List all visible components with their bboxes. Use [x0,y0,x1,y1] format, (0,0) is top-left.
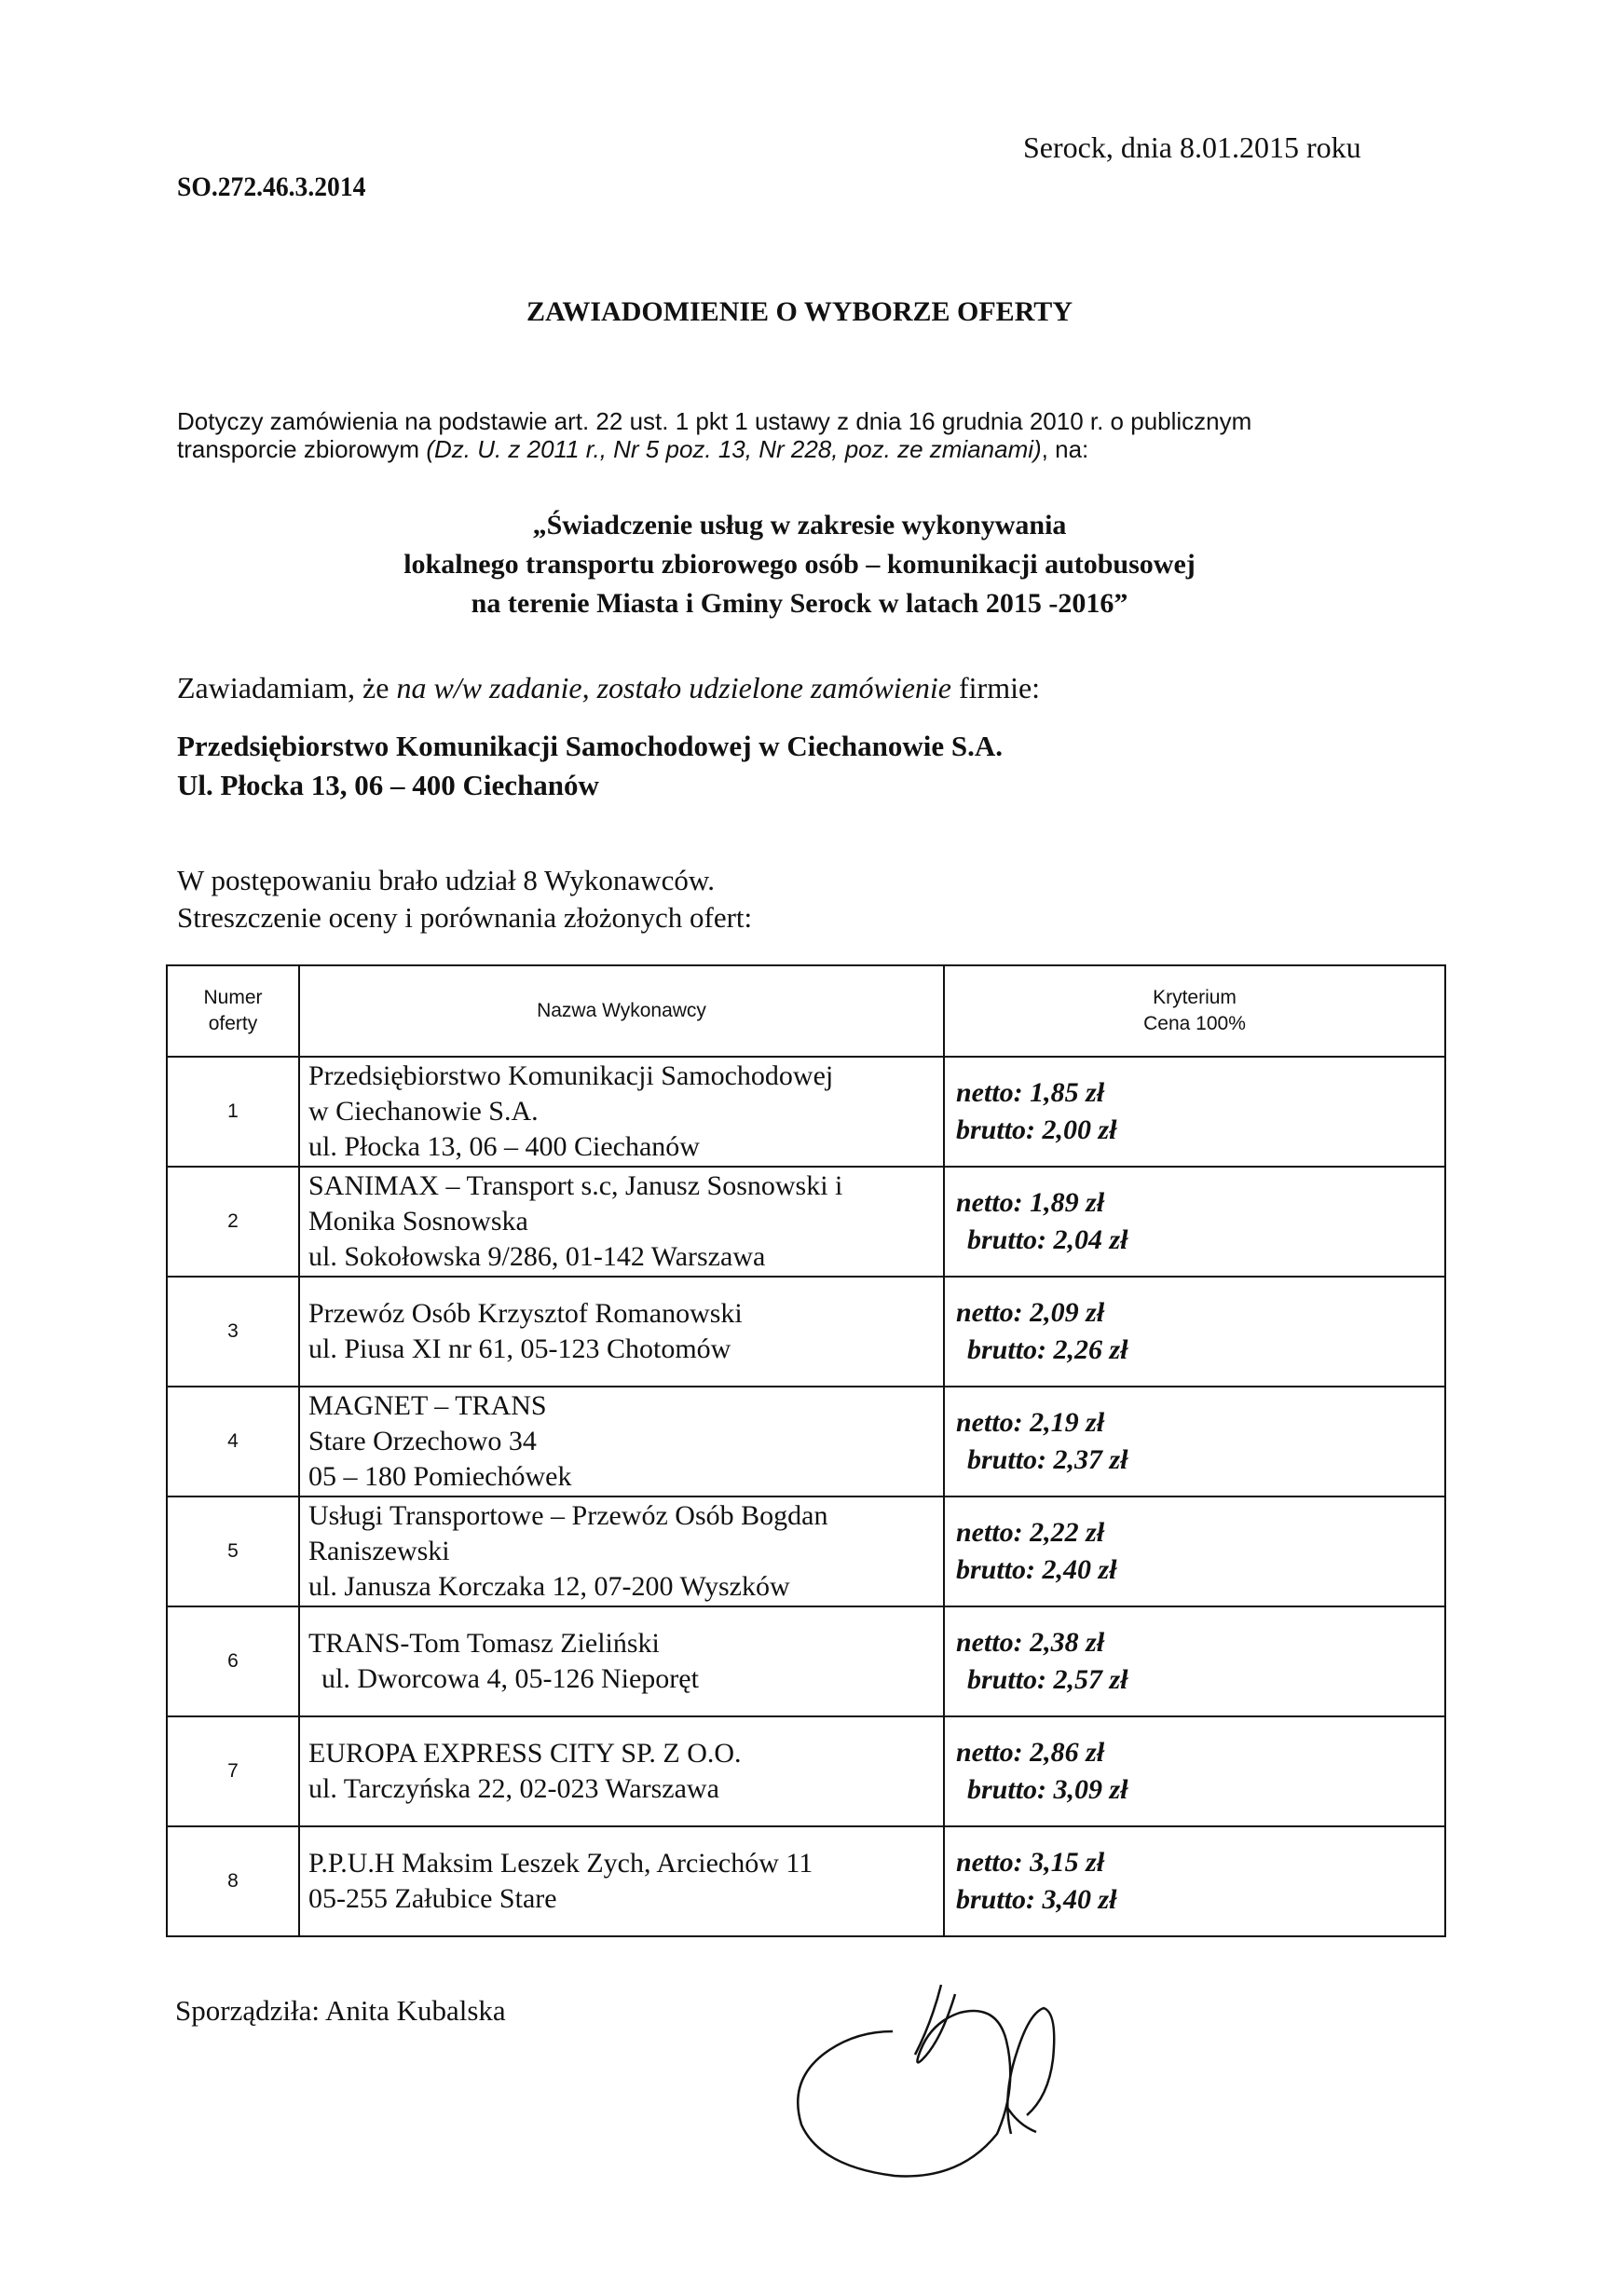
contractor-line: 05-255 Załubice Stare [308,1881,943,1917]
header-number-line-1: Numer [168,985,298,1011]
gross-price: brutto: 2,00 zł [956,1112,1444,1149]
offer-number: 7 [167,1716,299,1826]
offer-number: 5 [167,1496,299,1606]
contractor-line: Przedsiębiorstwo Komunikacji Samochodowe… [308,1059,943,1094]
legal-citation: (Dz. U. z 2011 r., Nr 5 poz. 13, Nr 228,… [426,435,1041,463]
contractor-line: ul. Sokołowska 9/286, 01-142 Warszawa [308,1239,943,1275]
gross-price: brutto: 2,40 zł [956,1551,1444,1589]
header-offer-number: Numer oferty [167,965,299,1057]
contractor-name: P.P.U.H Maksim Leszek Zych, Arciechów 11… [299,1826,944,1936]
signature-image [773,1966,1127,2190]
contractor-line: 05 – 180 Pomiechówek [308,1459,943,1495]
contractor-line: Usługi Transportowe – Przewóz Osób Bogda… [308,1498,943,1534]
header-criterion-line-2: Cena 100% [945,1011,1444,1037]
net-price: netto: 1,85 zł [956,1074,1444,1112]
intro-paragraph: Dotyczy zamówienia na podstawie art. 22 … [177,407,1426,463]
offer-number: 8 [167,1826,299,1936]
offer-number: 1 [167,1057,299,1167]
winning-company: Przedsiębiorstwo Komunikacji Samochodowe… [177,727,1003,805]
offers-table: Numer oferty Nazwa Wykonawcy Kryterium C… [166,964,1446,1937]
table-row: 7EUROPA EXPRESS CITY SP. Z O.O.ul. Tarcz… [167,1716,1445,1826]
price-cell: netto: 1,85 złbrutto: 2,00 zł [944,1057,1445,1167]
subject-line-1: „Świadczenie usług w zakresie wykonywani… [0,506,1599,545]
price-cell: netto: 1,89 złbrutto: 2,04 zł [944,1167,1445,1277]
net-price: netto: 3,15 zł [956,1844,1444,1881]
summary-intro: Streszczenie oceny i porównania złożonyc… [177,899,752,936]
offer-number: 6 [167,1606,299,1716]
contractor-name: EUROPA EXPRESS CITY SP. Z O.O.ul. Tarczy… [299,1716,944,1826]
contractor-name: TRANS-Tom Tomasz Zielińskiul. Dworcowa 4… [299,1606,944,1716]
offer-number: 4 [167,1387,299,1496]
contractor-name: Usługi Transportowe – Przewóz Osób Bogda… [299,1496,944,1606]
intro-line-1: Dotyczy zamówienia na podstawie art. 22 … [177,407,1426,435]
gross-price: brutto: 2,04 zł [956,1222,1444,1259]
subject-line-3: na terenie Miasta i Gminy Serock w latac… [0,584,1599,623]
contractor-line: Przewóz Osób Krzysztof Romanowski [308,1296,943,1332]
header-contractor-name: Nazwa Wykonawcy [299,965,944,1057]
contractor-line: ul. Janusza Korczaka 12, 07-200 Wyszków [308,1569,943,1605]
contractor-line: Stare Orzechowo 34 [308,1424,943,1459]
contractor-line: ul. Płocka 13, 06 – 400 Ciechanów [308,1129,943,1165]
table-header-row: Numer oferty Nazwa Wykonawcy Kryterium C… [167,965,1445,1057]
intro-line-2: transporcie zbiorowym (Dz. U. z 2011 r.,… [177,435,1426,463]
document-title: ZAWIADOMIENIE O WYBORZE OFERTY [0,296,1599,328]
award-notice: Zawiadamiam, że na w/w zadanie, zostało … [177,671,1040,705]
price-cell: netto: 2,86 złbrutto: 3,09 zł [944,1716,1445,1826]
notice-start: Zawiadamiam, że [177,671,396,704]
contractor-line: P.P.U.H Maksim Leszek Zych, Arciechów 11 [308,1846,943,1881]
prepared-by: Sporządziła: Anita Kubalska [175,1994,506,2028]
participants-summary: W postępowaniu brało udział 8 Wykonawców… [177,862,752,936]
net-price: netto: 2,86 zł [956,1734,1444,1771]
price-cell: netto: 2,38 złbrutto: 2,57 zł [944,1606,1445,1716]
table-row: 6TRANS-Tom Tomasz Zielińskiul. Dworcowa … [167,1606,1445,1716]
net-price: netto: 1,89 zł [956,1184,1444,1222]
header-number-line-2: oferty [168,1011,298,1037]
table-row: 1Przedsiębiorstwo Komunikacji Samochodow… [167,1057,1445,1167]
price-cell: netto: 3,15 złbrutto: 3,40 zł [944,1826,1445,1936]
participants-count: W postępowaniu brało udział 8 Wykonawców… [177,862,752,899]
winner-name: Przedsiębiorstwo Komunikacji Samochodowe… [177,727,1003,766]
contract-subject: „Świadczenie usług w zakresie wykonywani… [0,506,1599,623]
header-criterion: Kryterium Cena 100% [944,965,1445,1057]
table-row: 3Przewóz Osób Krzysztof Romanowskiul. Pi… [167,1277,1445,1387]
contractor-line: EUROPA EXPRESS CITY SP. Z O.O. [308,1736,943,1771]
offer-number: 2 [167,1167,299,1277]
intro-line-2-tail: , na: [1042,435,1089,463]
price-cell: netto: 2,09 złbrutto: 2,26 zł [944,1277,1445,1387]
contractor-line: ul. Dworcowa 4, 05-126 Nieporęt [308,1661,943,1697]
price-cell: netto: 2,19 złbrutto: 2,37 zł [944,1387,1445,1496]
notice-italic: na w/w zadanie, zostało udzielone zamówi… [396,671,951,704]
table-row: 8P.P.U.H Maksim Leszek Zych, Arciechów 1… [167,1826,1445,1936]
gross-price: brutto: 3,40 zł [956,1881,1444,1919]
net-price: netto: 2,38 zł [956,1624,1444,1661]
gross-price: brutto: 2,37 zł [956,1442,1444,1479]
table-row: 4MAGNET – TRANSStare Orzechowo 3405 – 18… [167,1387,1445,1496]
contractor-name: Przedsiębiorstwo Komunikacji Samochodowe… [299,1057,944,1167]
place-date: Serock, dnia 8.01.2015 roku [1023,130,1361,165]
contractor-line: Raniszewski [308,1534,943,1569]
contractor-name: Przewóz Osób Krzysztof Romanowskiul. Piu… [299,1277,944,1387]
table-row: 2SANIMAX – Transport s.c, Janusz Sosnows… [167,1167,1445,1277]
notice-end: firmie: [951,671,1040,704]
gross-price: brutto: 3,09 zł [956,1771,1444,1809]
intro-line-2-text: transporcie zbiorowym [177,435,426,463]
header-criterion-line-1: Kryterium [945,985,1444,1011]
winner-address: Ul. Płocka 13, 06 – 400 Ciechanów [177,766,1003,805]
contractor-line: Monika Sosnowska [308,1204,943,1239]
price-cell: netto: 2,22 złbrutto: 2,40 zł [944,1496,1445,1606]
table-row: 5Usługi Transportowe – Przewóz Osób Bogd… [167,1496,1445,1606]
net-price: netto: 2,22 zł [956,1514,1444,1551]
contractor-line: TRANS-Tom Tomasz Zieliński [308,1626,943,1661]
contractor-name: SANIMAX – Transport s.c, Janusz Sosnowsk… [299,1167,944,1277]
contractor-line: w Ciechanowie S.A. [308,1094,943,1129]
net-price: netto: 2,19 zł [956,1404,1444,1442]
subject-line-2: lokalnego transportu zbiorowego osób – k… [0,545,1599,584]
contractor-line: MAGNET – TRANS [308,1388,943,1424]
contractor-line: ul. Piusa XI nr 61, 05-123 Chotomów [308,1332,943,1367]
contractor-line: ul. Tarczyńska 22, 02-023 Warszawa [308,1771,943,1807]
gross-price: brutto: 2,26 zł [956,1332,1444,1369]
net-price: netto: 2,09 zł [956,1294,1444,1332]
contractor-line: SANIMAX – Transport s.c, Janusz Sosnowsk… [308,1168,943,1204]
offer-number: 3 [167,1277,299,1387]
contractor-name: MAGNET – TRANSStare Orzechowo 3405 – 180… [299,1387,944,1496]
gross-price: brutto: 2,57 zł [956,1661,1444,1699]
reference-number: SO.272.46.3.2014 [177,171,365,203]
